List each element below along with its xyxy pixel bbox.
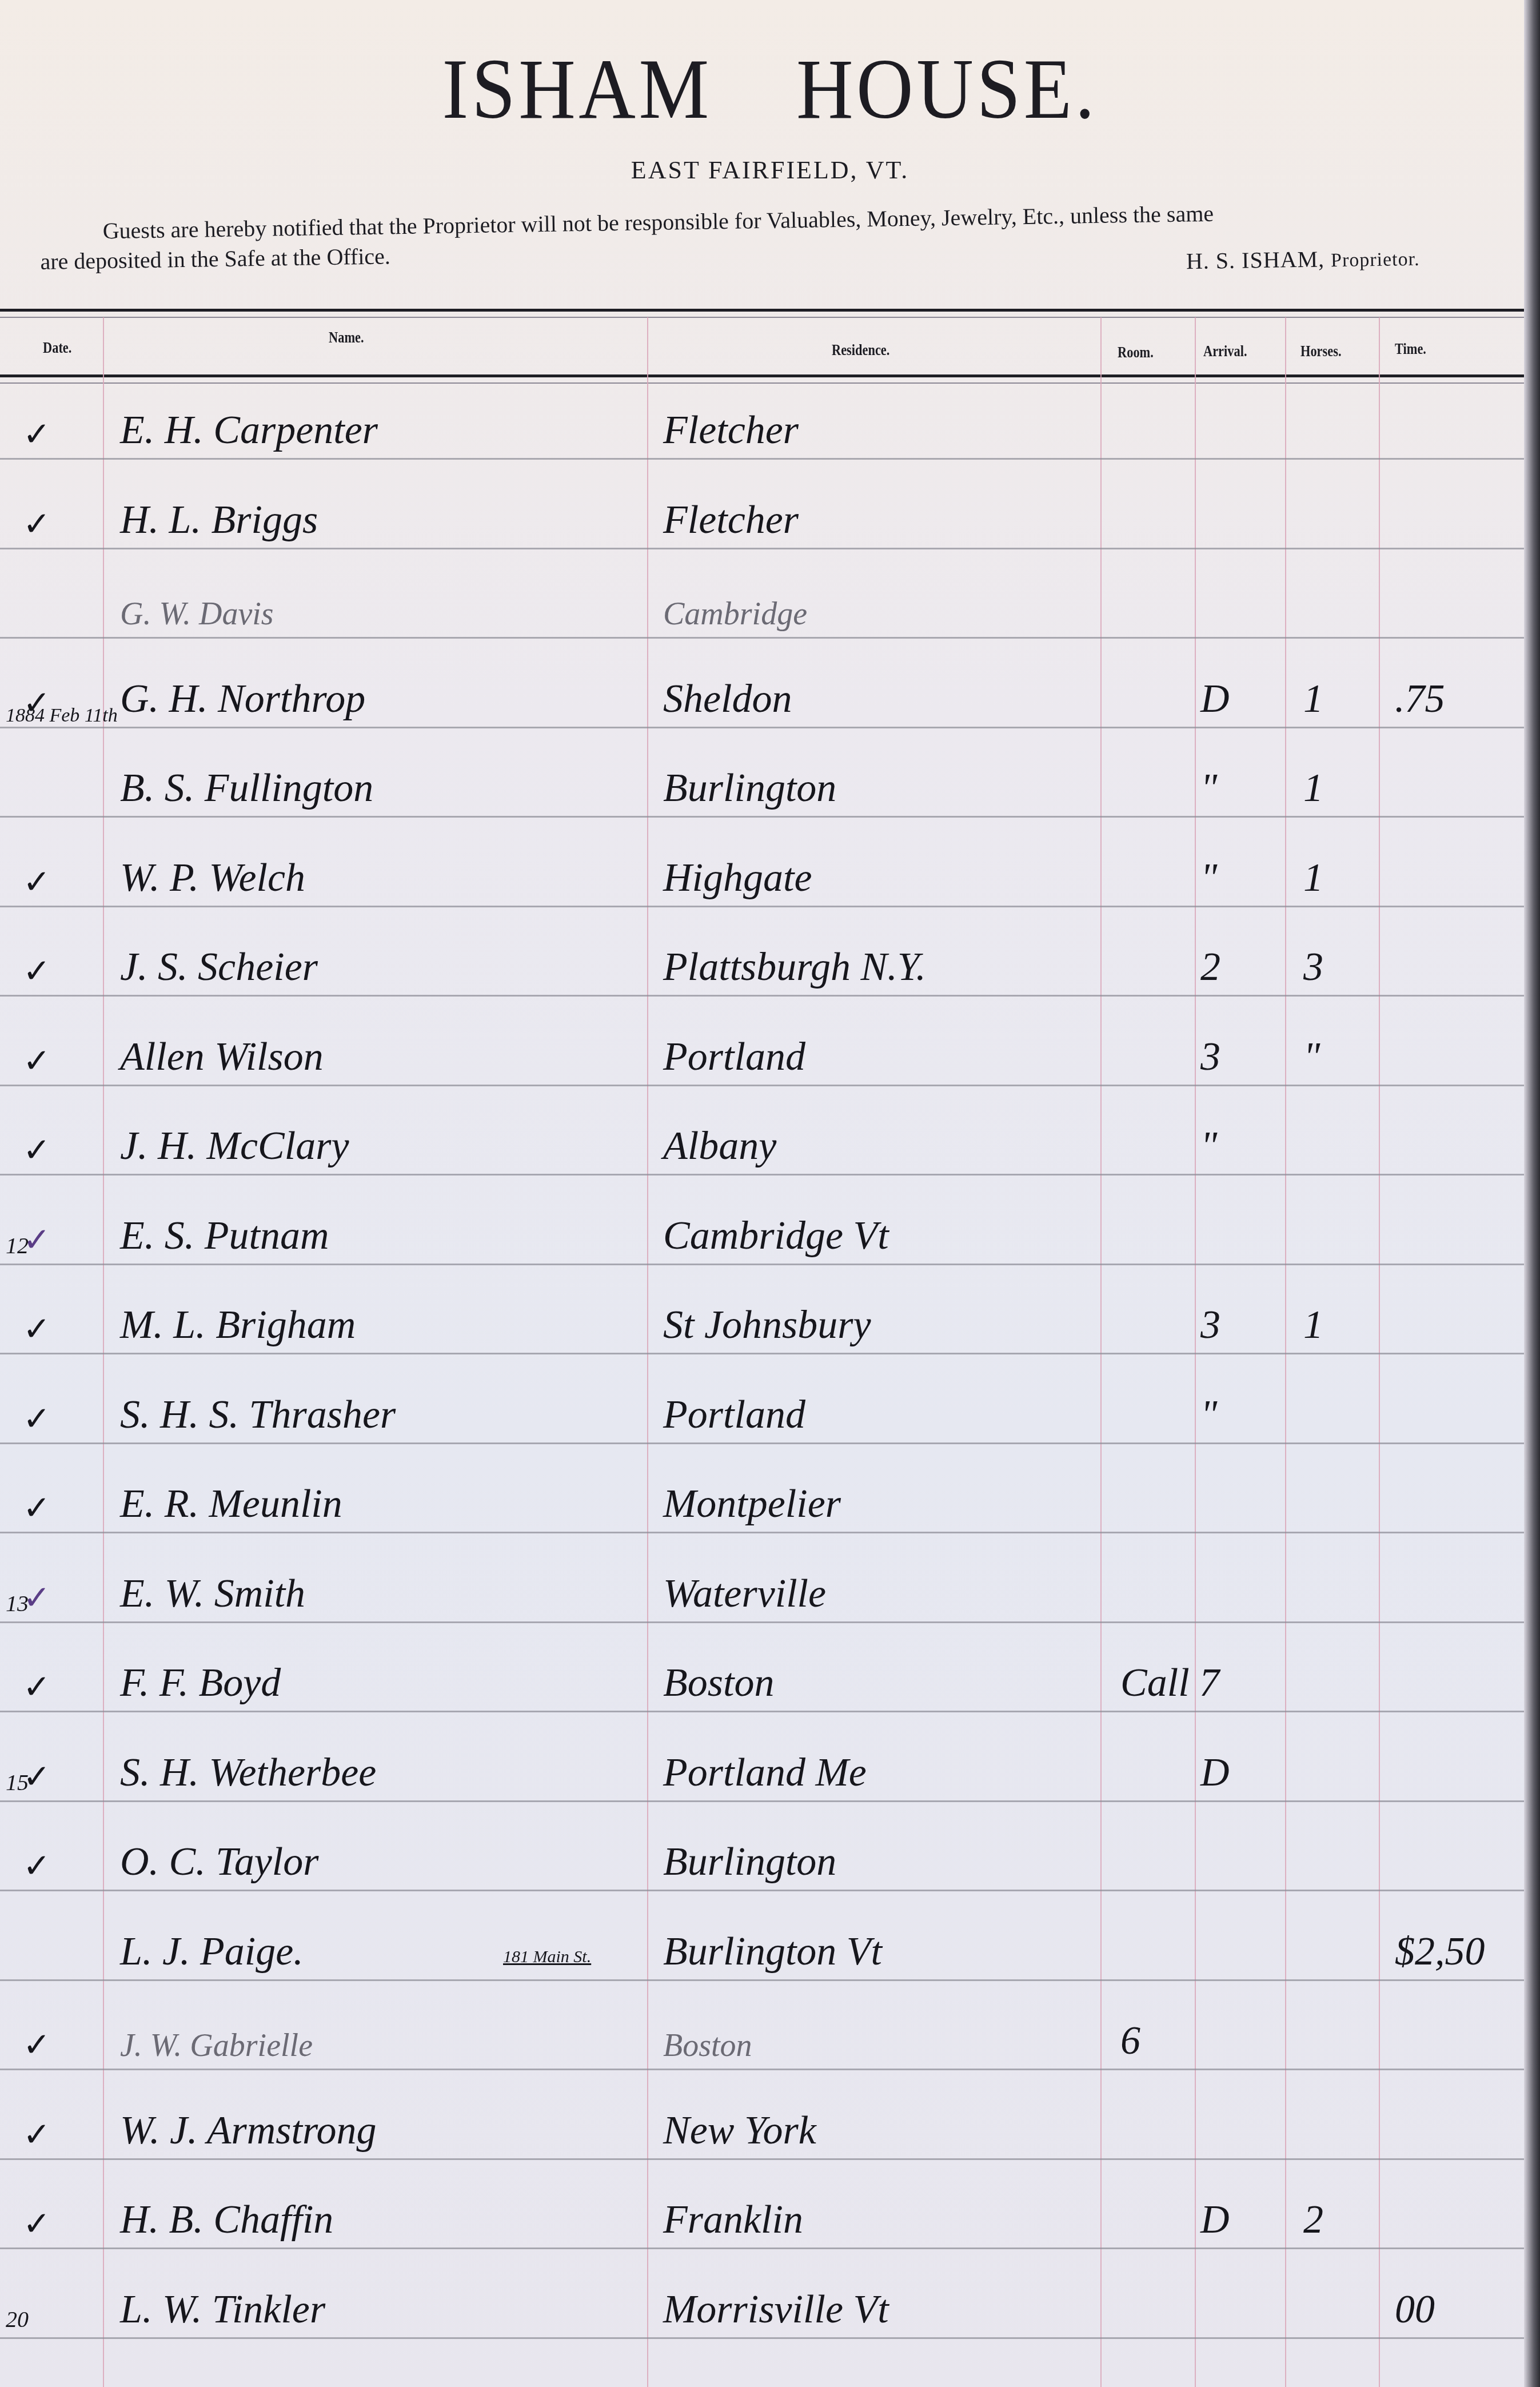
table-row: ✓F. F. BoydBostonCall 7 <box>0 1656 1540 1711</box>
title-word-isham: ISHAM <box>442 42 712 137</box>
row-rule <box>0 2247 1540 2249</box>
row-rule <box>0 1621 1540 1623</box>
checkmark-icon: ✓ <box>23 1130 51 1169</box>
horse-count: 1 <box>1303 1302 1323 1348</box>
register-page: ISHAMHOUSE. EAST FAIRFIELD, VT. Guests a… <box>0 0 1540 2387</box>
arrival-mark: " <box>1200 1123 1217 1169</box>
row-rule <box>0 2337 1540 2339</box>
col-head-date: Date. <box>43 339 71 357</box>
guest-name: E. S. Putnam <box>120 1213 329 1259</box>
row-rule <box>0 727 1540 728</box>
checkmark-icon: ✓ <box>23 1399 51 1438</box>
table-row: ✓H. B. ChaffinFranklinD2 <box>0 2193 1540 2247</box>
table-row: ✓M. L. BrighamSt Johnsbury31 <box>0 1298 1540 1353</box>
row-rule <box>0 1800 1540 1802</box>
guest-residence: Boston <box>663 2027 752 2064</box>
guest-residence: Plattsburgh N.Y. <box>663 945 926 990</box>
row-rule <box>0 1890 1540 1891</box>
guest-name: W. P. Welch <box>120 855 305 901</box>
table-row: ✓J. W. GabrielleBoston6 <box>0 2014 1540 2069</box>
checkmark-icon: ✓ <box>23 504 51 543</box>
guest-name: L. J. Paige. <box>120 1929 304 1975</box>
table-row: ✓J. H. McClaryAlbany" <box>0 1119 1540 1174</box>
guest-residence: Morrisville Vt <box>663 2287 889 2333</box>
street-address: 181 Main St. <box>503 1947 591 1967</box>
table-row: ✓O. C. TaylorBurlington <box>0 1835 1540 1890</box>
guest-residence: Fletcher <box>663 408 799 453</box>
horse-count: 2 <box>1303 2197 1323 2243</box>
guest-name: H. B. Chaffin <box>120 2197 333 2243</box>
checkmark-icon: ✓ <box>23 2025 51 2064</box>
guest-residence: New York <box>663 2108 816 2154</box>
guest-residence: Montpelier <box>663 1481 841 1527</box>
row-rule <box>0 637 1540 639</box>
row-rule <box>0 2069 1540 2070</box>
proprietor-title: Proprietor. <box>1331 249 1420 271</box>
guest-name: J. W. Gabrielle <box>120 2027 313 2064</box>
charge-amount: $2,50 <box>1395 1929 1485 1975</box>
guest-residence: Burlington <box>663 1839 836 1885</box>
row-rule <box>0 1532 1540 1533</box>
checkmark-icon: ✓ <box>23 1041 51 1080</box>
guest-name: Allen Wilson <box>120 1034 324 1080</box>
row-rule <box>0 995 1540 997</box>
guest-name: F. F. Boyd <box>120 1660 281 1706</box>
guest-residence: St Johnsbury <box>663 1302 871 1348</box>
guest-residence: Portland <box>663 1392 805 1438</box>
guest-name: W. J. Armstrong <box>120 2108 377 2154</box>
table-row: ✓12E. S. PutnamCambridge Vt <box>0 1209 1540 1264</box>
checkmark-icon: ✓ <box>23 1667 51 1706</box>
table-row: ✓Allen WilsonPortland3" <box>0 1030 1540 1085</box>
charge-amount: .75 <box>1395 676 1445 722</box>
guest-name: E. R. Meunlin <box>120 1481 342 1527</box>
guest-residence: Boston <box>663 1660 774 1706</box>
checkmark-icon: ✓ <box>23 1846 51 1885</box>
table-row: ✓W. J. ArmstrongNew York <box>0 2103 1540 2158</box>
guest-residence: Sheldon <box>663 676 792 722</box>
horse-count: 1 <box>1303 676 1323 722</box>
arrival-mark: 2 <box>1200 945 1220 990</box>
guest-name: M. L. Brigham <box>120 1302 356 1348</box>
horse-count: " <box>1303 1034 1320 1080</box>
row-rule <box>0 906 1540 907</box>
table-row: ✓H. L. BriggsFletcher <box>0 493 1540 548</box>
guest-name: E. H. Carpenter <box>120 408 378 453</box>
arrival-mark: " <box>1200 1392 1217 1438</box>
arrival-mark: 3 <box>1200 1034 1220 1080</box>
guest-name: H. L. Briggs <box>120 497 318 543</box>
table-row: ✓E. H. CarpenterFletcher <box>0 403 1540 458</box>
entry-date: 1884 Feb 11th <box>6 705 118 727</box>
horse-count: 3 <box>1303 945 1323 990</box>
table-row: B. S. FullingtonBurlington"1 <box>0 761 1540 816</box>
horse-count: 1 <box>1303 855 1323 901</box>
guest-name: S. H. Wetherbee <box>120 1750 376 1796</box>
col-head-name: Name. <box>329 329 364 347</box>
row-rule <box>0 458 1540 460</box>
checkmark-icon: ✓ <box>23 1309 51 1348</box>
row-rule <box>0 2158 1540 2160</box>
guest-name: L. W. Tinkler <box>120 2287 325 2333</box>
guest-residence: Burlington Vt <box>663 1929 882 1975</box>
guest-residence: Fletcher <box>663 497 799 543</box>
row-rule <box>0 1353 1540 1354</box>
guest-name: J. H. McClary <box>120 1123 349 1169</box>
guest-name: O. C. Taylor <box>120 1839 319 1885</box>
guest-name: G. W. Davis <box>120 596 274 632</box>
hotel-title: ISHAMHOUSE. <box>62 40 1478 138</box>
title-word-house: HOUSE. <box>796 42 1098 137</box>
entry-date: 12 <box>6 1232 29 1259</box>
proprietor-signature: H. S. ISHAM, Proprietor. <box>1186 244 1420 274</box>
row-rule <box>0 1174 1540 1175</box>
entry-date: 20 <box>6 2306 29 2333</box>
table-row: ✓1884 Feb 11thG. H. NorthropSheldonD1.75 <box>0 672 1540 727</box>
row-rule <box>0 1979 1540 1981</box>
row-rule <box>0 548 1540 549</box>
arrival-mark: D <box>1200 676 1230 722</box>
guest-name: G. H. Northrop <box>120 676 365 722</box>
checkmark-icon: ✓ <box>23 862 51 901</box>
arrival-mark: D <box>1200 2197 1230 2243</box>
col-head-room: Room. <box>1118 344 1154 362</box>
guest-name: E. W. Smith <box>120 1571 305 1617</box>
guest-residence: Waterville <box>663 1571 826 1617</box>
table-row: ✓13E. W. SmithWaterville <box>0 1567 1540 1621</box>
checkmark-icon: ✓ <box>23 415 51 453</box>
guest-residence: Portland Me <box>663 1750 867 1796</box>
col-head-residence: Residence. <box>832 341 889 360</box>
table-row: ✓S. H. S. ThrasherPortland" <box>0 1388 1540 1442</box>
row-rule <box>0 1711 1540 1712</box>
column-header-row: Date. Name. Residence. Room. Arrival. Ho… <box>0 317 1540 380</box>
charge-amount: 00 <box>1395 2287 1435 2333</box>
arrival-mark: 3 <box>1200 1302 1220 1348</box>
arrival-mark: D <box>1200 1750 1230 1796</box>
room-number: Call 7 <box>1120 1660 1219 1706</box>
checkmark-icon: ✓ <box>23 1488 51 1527</box>
book-spine-edge <box>1524 0 1540 2387</box>
guest-residence: Albany <box>663 1123 776 1169</box>
guest-name: J. S. Scheier <box>120 945 318 990</box>
header-top-rule <box>0 309 1540 318</box>
table-row: L. J. Paige.181 Main St.Burlington Vt$2,… <box>0 1924 1540 1979</box>
entry-date: 13 <box>6 1590 29 1617</box>
guest-residence: Highgate <box>663 855 812 901</box>
col-head-time: Time. <box>1395 340 1426 358</box>
guest-residence: Cambridge Vt <box>663 1213 889 1259</box>
checkmark-icon: ✓ <box>23 2115 51 2154</box>
room-number: 6 <box>1120 2018 1140 2064</box>
entry-date: 15 <box>6 1769 29 1796</box>
row-rule <box>0 1442 1540 1444</box>
col-head-arrival: Arrival. <box>1203 342 1247 361</box>
col-head-horses: Horses. <box>1300 342 1342 361</box>
guest-residence: Portland <box>663 1034 805 1080</box>
table-row: G. W. DavisCambridge <box>0 582 1540 637</box>
guest-residence: Cambridge <box>663 596 807 632</box>
row-rule <box>0 1264 1540 1265</box>
guest-residence: Franklin <box>663 2197 803 2243</box>
row-rule <box>0 816 1540 818</box>
table-row: ✓W. P. WelchHighgate"1 <box>0 851 1540 906</box>
hotel-location: EAST FAIRFIELD, VT. <box>0 156 1540 185</box>
proprietor-name: H. S. ISHAM, <box>1186 246 1325 274</box>
table-row: ✓15S. H. WetherbeePortland MeD <box>0 1746 1540 1800</box>
checkmark-icon: ✓ <box>23 951 51 990</box>
masthead: ISHAMHOUSE. EAST FAIRFIELD, VT. <box>0 40 1540 185</box>
table-row: ✓J. S. ScheierPlattsburgh N.Y.23 <box>0 940 1540 995</box>
guest-name: S. H. S. Thrasher <box>120 1392 396 1438</box>
table-row: 20L. W. TinklerMorrisville Vt00 <box>0 2282 1540 2337</box>
row-rule <box>0 1085 1540 1086</box>
arrival-mark: " <box>1200 766 1217 811</box>
arrival-mark: " <box>1200 855 1217 901</box>
guest-residence: Burlington <box>663 766 836 811</box>
table-row: ✓E. R. MeunlinMontpelier <box>0 1477 1540 1532</box>
horse-count: 1 <box>1303 766 1323 811</box>
checkmark-icon: ✓ <box>23 2204 51 2243</box>
guest-name: B. S. Fullington <box>120 766 373 811</box>
